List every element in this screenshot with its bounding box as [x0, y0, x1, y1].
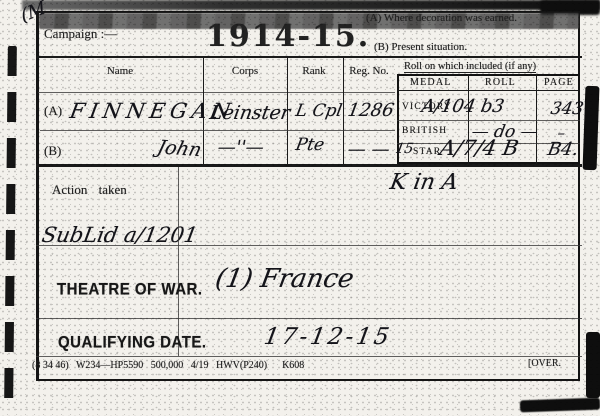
scan-left-edge-marks	[4, 46, 17, 402]
rule-under-col-headers	[38, 92, 395, 93]
qualifying-date-entry: 17-12-15	[262, 324, 394, 350]
col-header-name: Name	[70, 65, 170, 77]
col-header-reg-no: Reg. No.	[343, 65, 395, 77]
note-present-situation: (B) Present situation.	[374, 41, 467, 53]
rule-row-a	[40, 130, 395, 131]
row-a-corps-entry: Leinster	[208, 102, 292, 124]
medal-label-star: STAR	[413, 147, 441, 157]
rule-header	[36, 56, 582, 58]
rule-roll-row1	[397, 120, 580, 121]
row-a-prefix: (A)	[44, 103, 62, 119]
printer-footer-code: (8 34 46) W234—HP5590 500,000 4/19 HWV(P…	[32, 360, 304, 371]
row-b-rank-entry: Pte	[294, 135, 326, 155]
divider-rank-reg	[343, 58, 344, 164]
rule-qualifying	[36, 356, 582, 357]
row-b-name-entry: John	[155, 136, 204, 161]
row-b-reg-entry: — —	[346, 139, 391, 160]
scan-top-smear	[22, 0, 600, 10]
medal-label-british: BRITISH	[402, 126, 447, 136]
col-header-roll: ROLL	[485, 77, 516, 88]
action-taken-label: Action taken	[52, 182, 127, 198]
col-header-page: PAGE	[544, 77, 574, 88]
over-note: [OVER.	[528, 358, 561, 369]
action-entry-handwritten: SubLid a/1201	[40, 223, 199, 247]
row-b-corps-entry: —''—	[216, 137, 266, 158]
killed-in-action-note: K in A	[388, 170, 460, 195]
rule-action	[36, 245, 582, 246]
rule-roll-header	[397, 90, 580, 91]
note-where-earned: (A) Where decoration was earned.	[366, 12, 517, 24]
theatre-of-war-label: THEATRE OF WAR.	[57, 280, 203, 299]
divider-lower-section	[178, 167, 179, 356]
theatre-of-war-entry: (1) France	[213, 264, 356, 294]
medal-index-card-scan: (M Campaign :— 1914-15. (A) Where decora…	[0, 0, 600, 416]
row-a-rank-entry: L Cpl	[294, 101, 344, 121]
campaign-year: 1914-15.	[206, 19, 370, 54]
star-roll-entry: A/7/4 B	[438, 136, 520, 160]
star-page-entry: B4.	[546, 139, 580, 160]
col-header-corps: Corps	[213, 65, 277, 77]
campaign-label: Campaign :—	[44, 26, 117, 42]
rule-table-bottom	[36, 164, 582, 167]
rule-theatre	[36, 318, 582, 319]
victory-roll-entry: A/104 b3	[420, 96, 506, 117]
divider-roll-page	[536, 74, 537, 164]
qualifying-date-label: QUALIFYING DATE.	[58, 333, 207, 352]
col-header-medal: MEDAL	[410, 77, 452, 88]
row-b-prefix: (B)	[44, 143, 61, 159]
col-header-rank: Rank	[289, 65, 339, 77]
scan-right-blot-lower	[586, 332, 600, 398]
medal-star-prefix-handwritten: 15	[394, 141, 415, 157]
roll-section-title: Roll on which included (if any)	[404, 61, 536, 73]
victory-page-entry: 343	[549, 99, 585, 119]
scan-bottom-blot	[520, 398, 600, 413]
row-a-reg-entry: 1286	[346, 100, 396, 121]
